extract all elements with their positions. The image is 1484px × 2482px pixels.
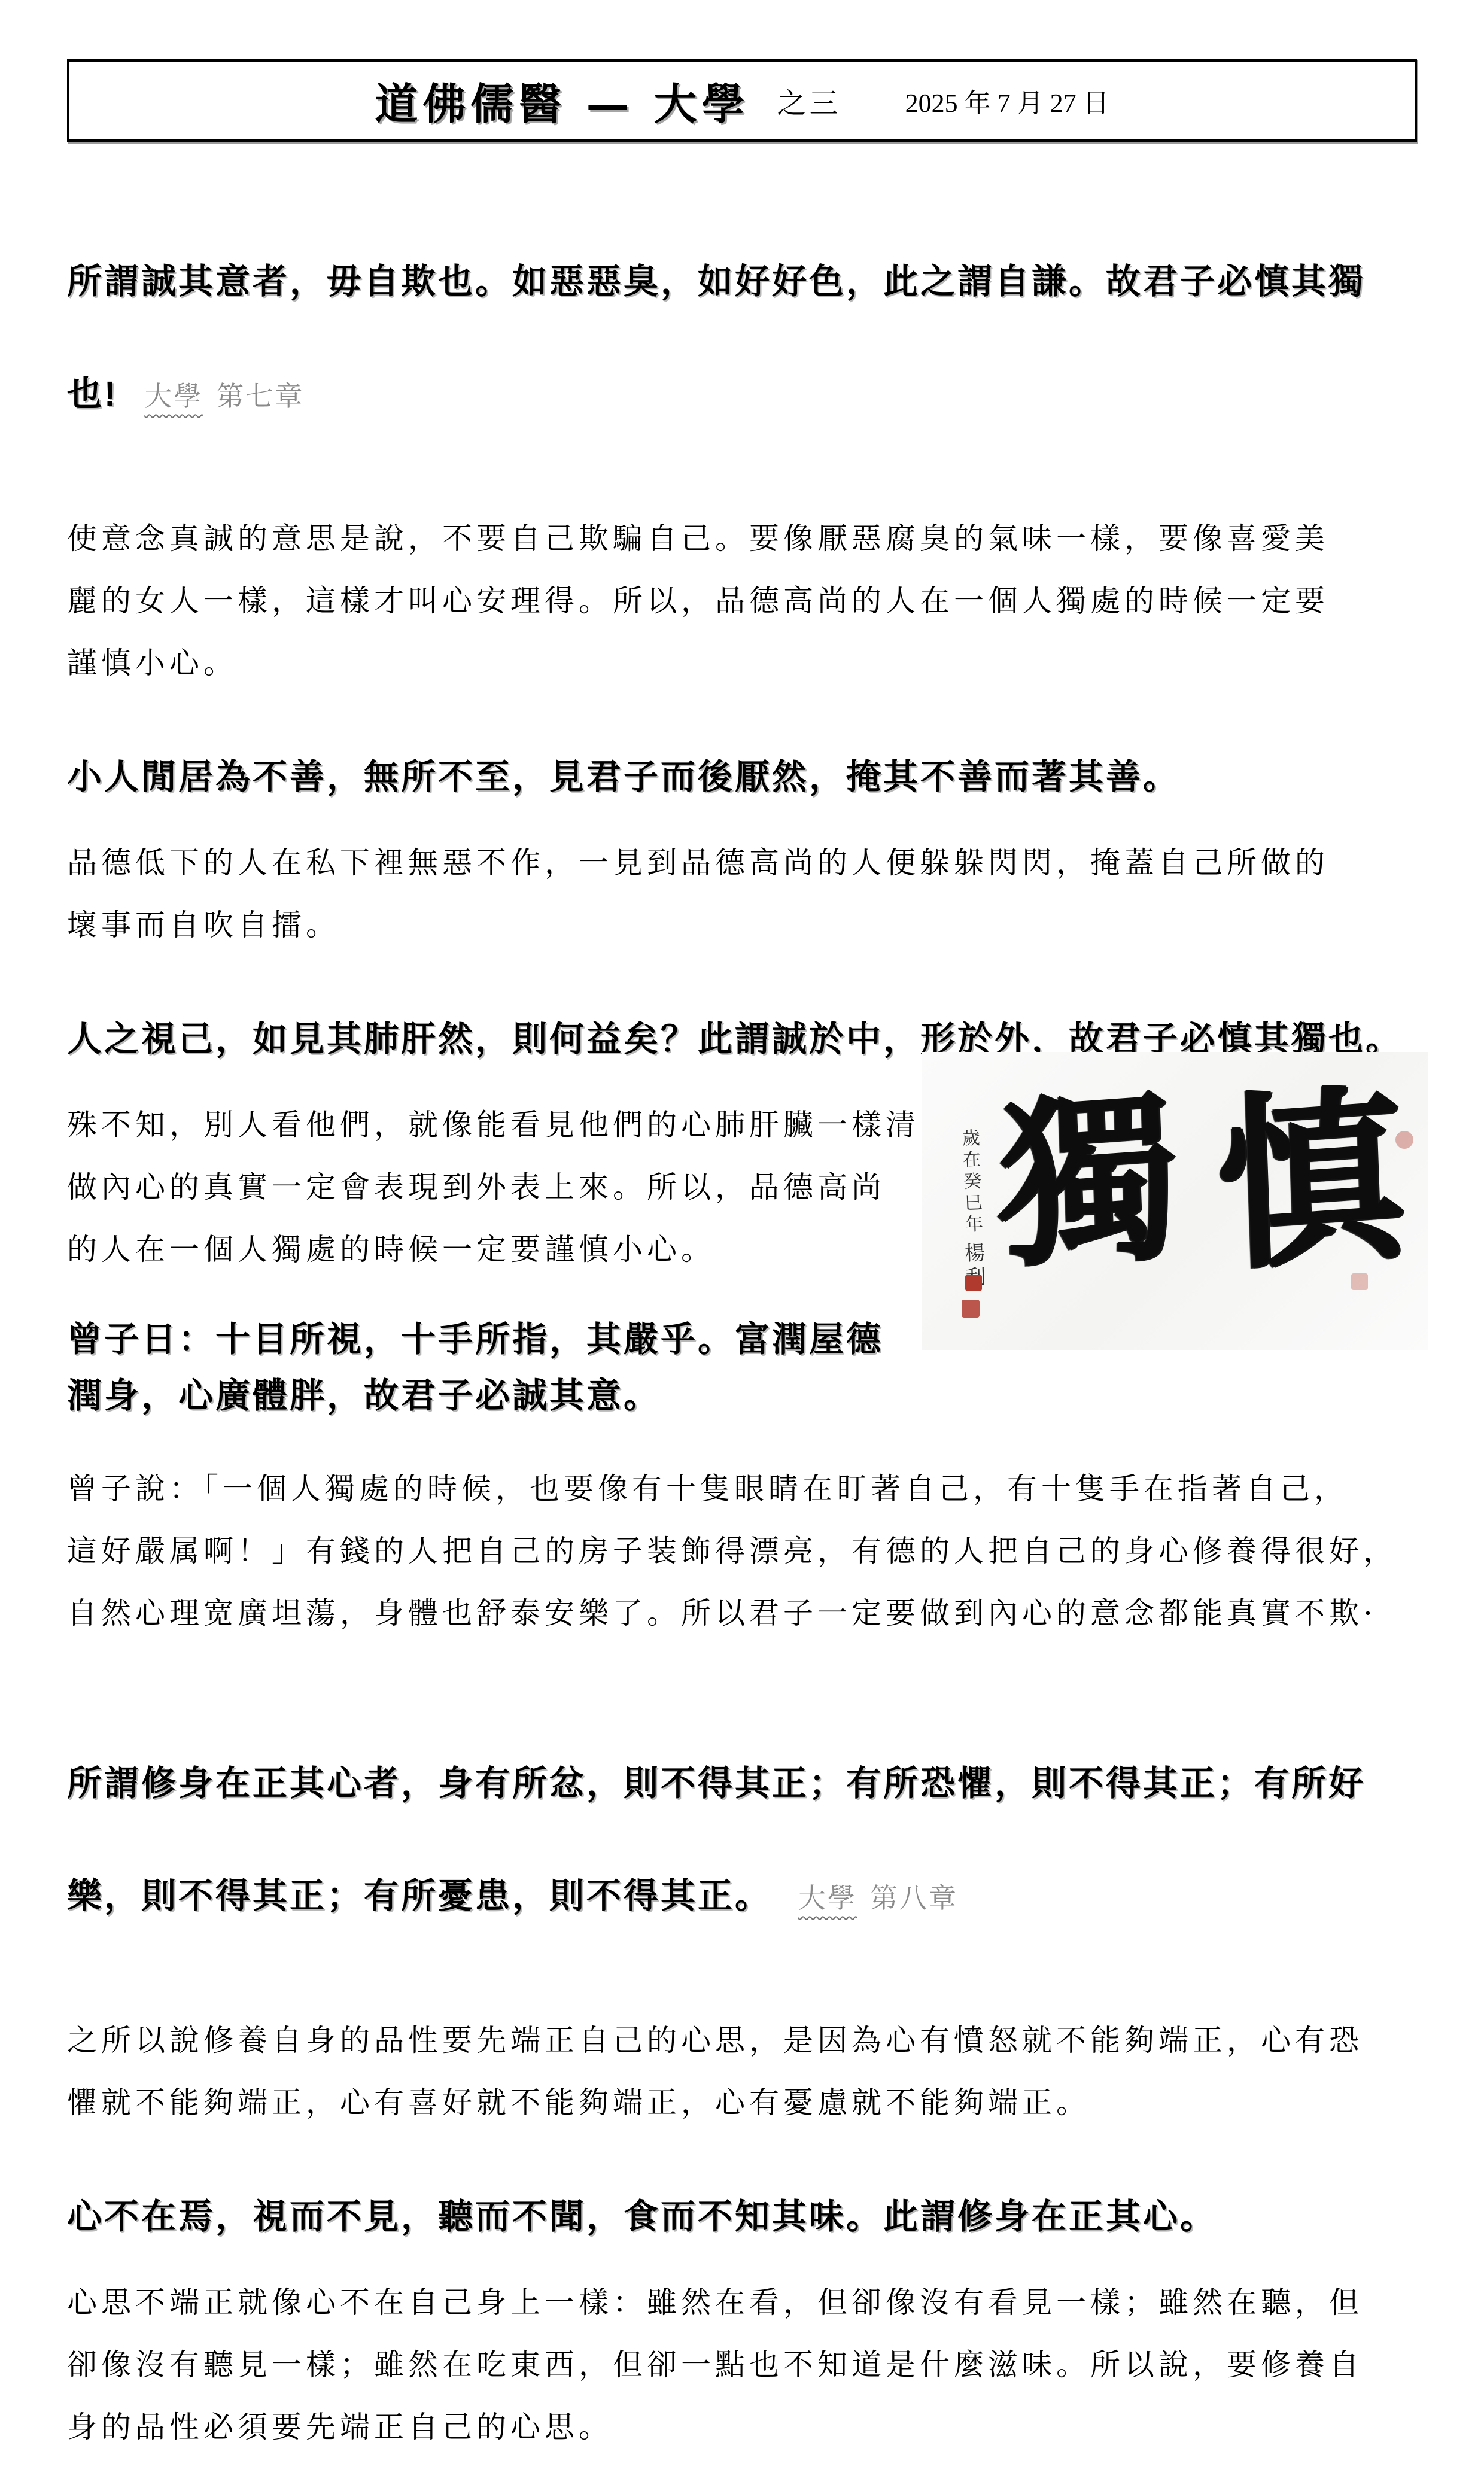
doc-date: 2025 年 7 月 27 日 (905, 81, 1109, 120)
chapter-book-label: 大學 (798, 1883, 857, 1914)
heading-line-1: 所謂修身在正其心者，身有所忿，則不得其正；有所恐懼，則不得其正；有所好 (67, 1756, 1417, 1812)
doc-title: 道佛儒醫 — 大學 (375, 69, 749, 132)
red-seal-stamp-faint (1351, 1273, 1368, 1290)
section-xiaoren: 小人閒居為不善，無所不至，見君子而後厭然，掩其不善而著其善。 品德低下的人在私下… (67, 749, 1417, 956)
commentary-paragraph: 曾子說：「一個人獨處的時候，也要像有十隻眼睛在盯著自己，有十隻手在指著自己， 這… (67, 1458, 1417, 1644)
chapter-ref: 大學第八章 (798, 1870, 958, 1927)
section-heading: 心不在焉，視而不見，聽而不聞，食而不知其味。此謂修身在正其心。 (67, 2189, 1417, 2245)
header-title-box: 道佛儒醫 — 大學 之三 2025 年 7 月 27 日 (67, 59, 1417, 142)
commentary-paragraph: 品德低下的人在私下裡無惡不作，一見到品德高尚的人便躲躲閃閃，掩蓋自己所做的 壞事… (67, 832, 1417, 956)
heading-line-2: 也!大學第七章 (67, 366, 1417, 425)
section-renzhishiji: 人之視己，如見其肺肝然，則何益矣？此謂誠於中，形於外，故君子必慎其獨也。 獨 慎… (67, 1011, 1417, 1644)
section-xinbuzaiyan: 心不在焉，視而不見，聽而不聞，食而不知其味。此謂修身在正其心。 心思不端正就像心… (67, 2189, 1417, 2458)
commentary-paragraph: 心思不端正就像心不在自己身上一樣：雖然在看，但卻像沒有看見一樣；雖然在聽，但 卻… (67, 2271, 1417, 2458)
calligraphy-char-du: 獨 (996, 1085, 1181, 1277)
chapter-number-label: 第七章 (216, 381, 304, 412)
section-chengqiyi: 所謂誠其意者，毋自欺也。如惡惡臭，如好好色，此之謂自謙。故君子必慎其獨 也!大學… (67, 197, 1417, 694)
heading-line-2-text: 樂，則不得其正；有所憂患，則不得其正。 (67, 1876, 772, 1915)
calligraphy-image: 獨 慎 歲在癸巳年楊利 (922, 1052, 1428, 1350)
section-heading: 小人閒居為不善，無所不至，見君子而後厭然，掩其不善而著其善。 (67, 749, 1417, 805)
heading-line-1: 所謂誠其意者，毋自欺也。如惡惡臭，如好好色，此之謂自謙。故君子必慎其獨 (67, 254, 1417, 310)
heading-line-2-text: 也! (67, 375, 118, 413)
chapter-book-label: 大學 (144, 381, 203, 412)
document-page: 道佛儒醫 — 大學 之三 2025 年 7 月 27 日 所謂誠其意者，毋自欺也… (0, 0, 1484, 2482)
section-xiushen: 所謂修身在正其心者，身有所忿，則不得其正；有所恐懼，則不得其正；有所好 樂，則不… (67, 1699, 1417, 2134)
calligraphy-char-shen: 慎 (1214, 1080, 1406, 1280)
chapter-ref: 大學第七章 (144, 369, 304, 425)
section-heading: 所謂誠其意者，毋自欺也。如惡惡臭，如好好色，此之謂自謙。故君子必慎其獨 也!大學… (67, 197, 1417, 481)
red-seal-stamp-faint (1395, 1131, 1413, 1149)
heading-line-2: 樂，則不得其正；有所憂患，則不得其正。大學第八章 (67, 1868, 1417, 1927)
commentary-paragraph: 之所以說修養自身的品性要先端正自己的心思，是因為心有憤怒就不能夠端正，心有恐 懼… (67, 2009, 1417, 2134)
red-seal-stamp (962, 1300, 980, 1318)
commentary-paragraph: 使意念真誠的意思是說，不要自己欺騙自己。要像厭惡腐臭的氣味一樣，要像喜愛美 麗的… (67, 507, 1417, 694)
signature-date: 歲在癸巳年 (958, 1128, 983, 1236)
red-seal-stamp (965, 1275, 982, 1291)
section-heading: 所謂修身在正其心者，身有所忿，則不得其正；有所恐懼，則不得其正；有所好 樂，則不… (67, 1699, 1417, 1983)
calligraphy-signature: 歲在癸巳年楊利 (954, 1128, 989, 1291)
figure-wrap-region: 獨 慎 歲在癸巳年楊利 殊不知，別人看他們，就像能看見他們的心肺肝臟一樣清楚，這… (67, 1094, 1417, 1424)
doc-subtitle: 之三 (777, 80, 842, 121)
chapter-number-label: 第八章 (870, 1883, 958, 1914)
